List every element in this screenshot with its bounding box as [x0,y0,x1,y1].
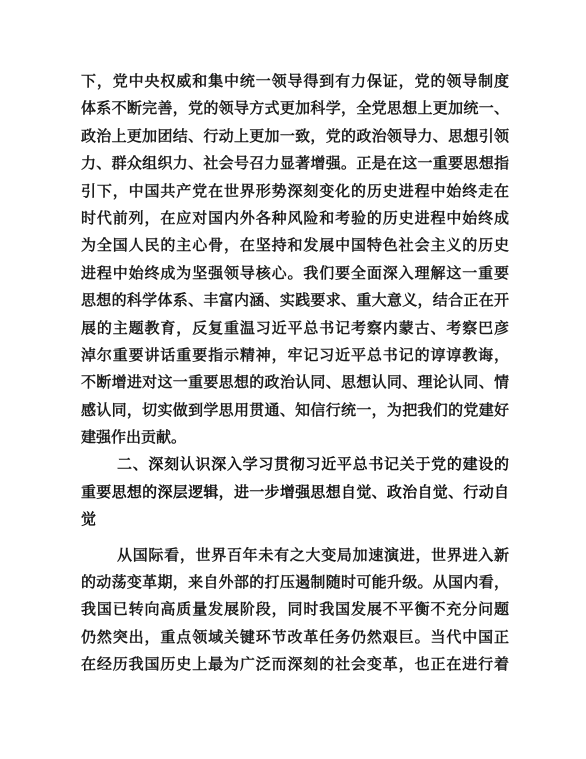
text-line: 引下，中国共产党在世界形势深刻变化的历史进程中始终走在 [81,178,509,205]
text-line: 时代前列，在应对国内外各种风险和考验的历史进程中始终成 [81,205,509,232]
text-line: 我国已转向高质量发展阶段，同时我国发展不平衡不充分问题 [81,596,509,623]
text-line: 感认同，切实做到学思用贯通、知信行统一，为把我们的党建好 [81,397,509,424]
paragraph-body: 从国际看，世界百年未有之大变局加速演进，世界进入新的动荡变革期，来自外部的打压遏… [81,542,509,679]
text-line: 思想的科学体系、丰富内涵、实践要求、重大意义，结合正在开 [81,287,509,314]
section-heading: 二、深刻认识深入学习贯彻习近平总书记关于党的建设的重要思想的深层逻辑，进一步增强… [81,451,509,533]
text-line: 淖尔重要讲话重要指示精神，牢记习近平总书记的谆谆教诲， [81,342,509,369]
paragraph-continuation: 下，党中央权威和集中统一领导得到有力保证，党的领导制度体系不断完善，党的领导方式… [81,68,509,451]
text-line: 从国际看，世界百年未有之大变局加速演进，世界进入新 [81,542,509,569]
text-line: 政治上更加团结、行动上更加一致，党的政治领导力、思想引领 [81,123,509,150]
text-line: 力、群众组织力、社会号召力显著增强。正是在这一重要思想指 [81,150,509,177]
text-line: 重要思想的深层逻辑，进一步增强思想自觉、政治自觉、行动自 [81,479,509,506]
text-line: 进程中始终成为坚强领导核心。我们要全面深入理解这一重要 [81,260,509,287]
text-line: 二、深刻认识深入学习贯彻习近平总书记关于党的建设的 [81,451,509,478]
text-line: 体系不断完善，党的领导方式更加科学，全党思想上更加统一、 [81,95,509,122]
text-line: 觉 [81,506,509,533]
text-line: 的动荡变革期，来自外部的打压遏制随时可能升级。从国内看， [81,569,509,596]
text-line: 不断增进对这一重要思想的政治认同、思想认同、理论认同、情 [81,369,509,396]
text-line: 建强作出贡献。 [81,424,509,451]
text-line: 为全国人民的主心骨，在坚持和发展中国特色社会主义的历史 [81,232,509,259]
text-line: 仍然突出，重点领域关键环节改革任务仍然艰巨。当代中国正 [81,624,509,651]
text-line: 下，党中央权威和集中统一领导得到有力保证，党的领导制度 [81,68,509,95]
document-text-block: 下，党中央权威和集中统一领导得到有力保证，党的领导制度体系不断完善，党的领导方式… [81,68,509,679]
text-line: 在经历我国历史上最为广泛而深刻的社会变革，也正在进行着 [81,651,509,678]
text-line: 展的主题教育，反复重温习近平总书记考察内蒙古、考察巴彦 [81,315,509,342]
document-page: 下，党中央权威和集中统一领导得到有力保证，党的领导制度体系不断完善，党的领导方式… [0,0,586,759]
